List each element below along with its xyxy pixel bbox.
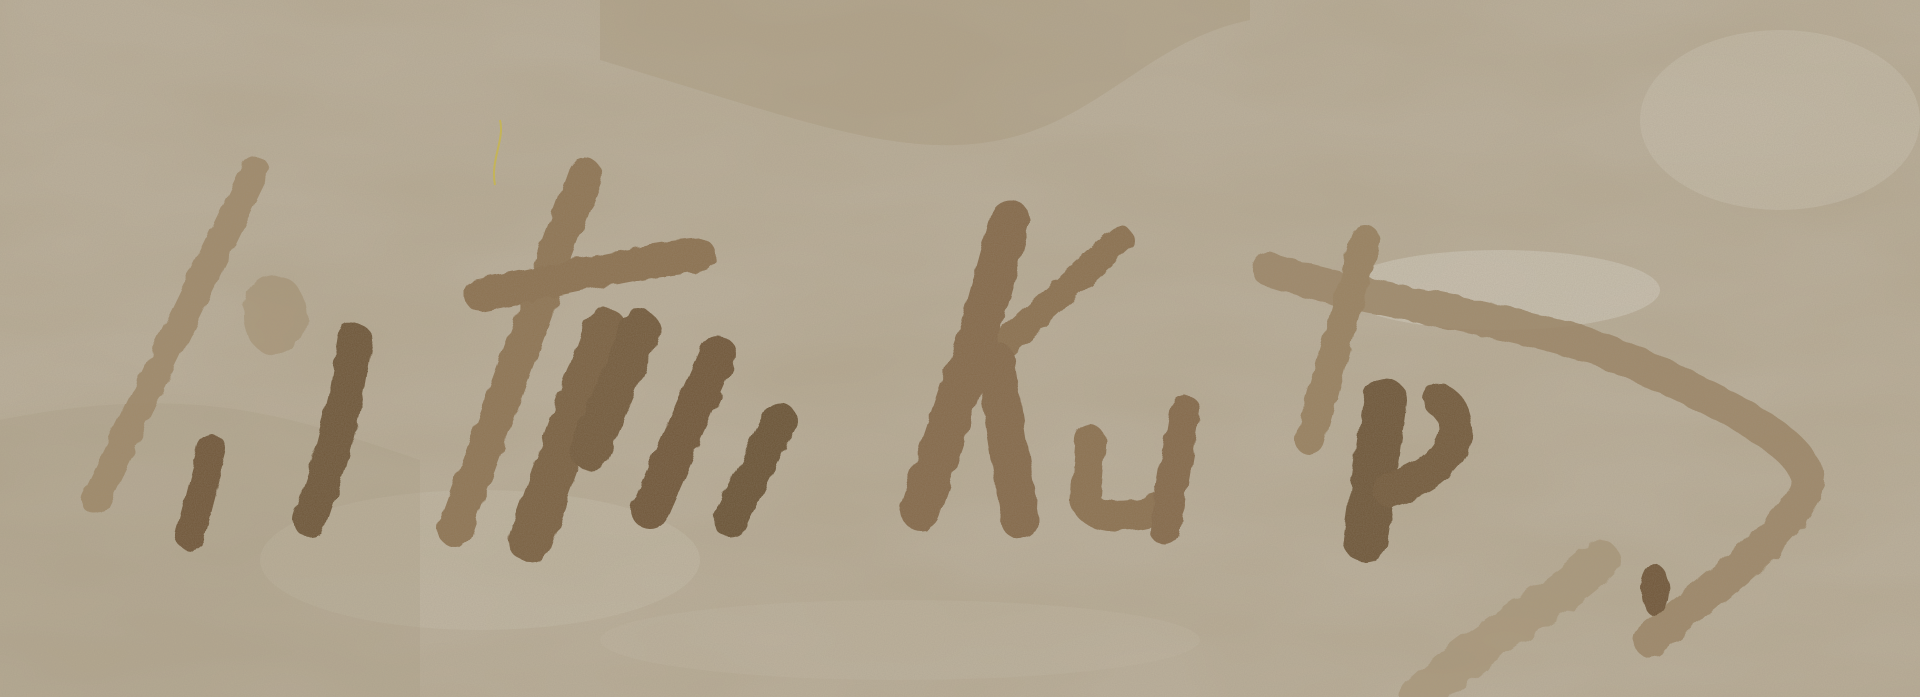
stone-surface: Stained sandstone with handwriting-like …: [0, 0, 1920, 697]
stain-inscription: [0, 0, 1920, 697]
